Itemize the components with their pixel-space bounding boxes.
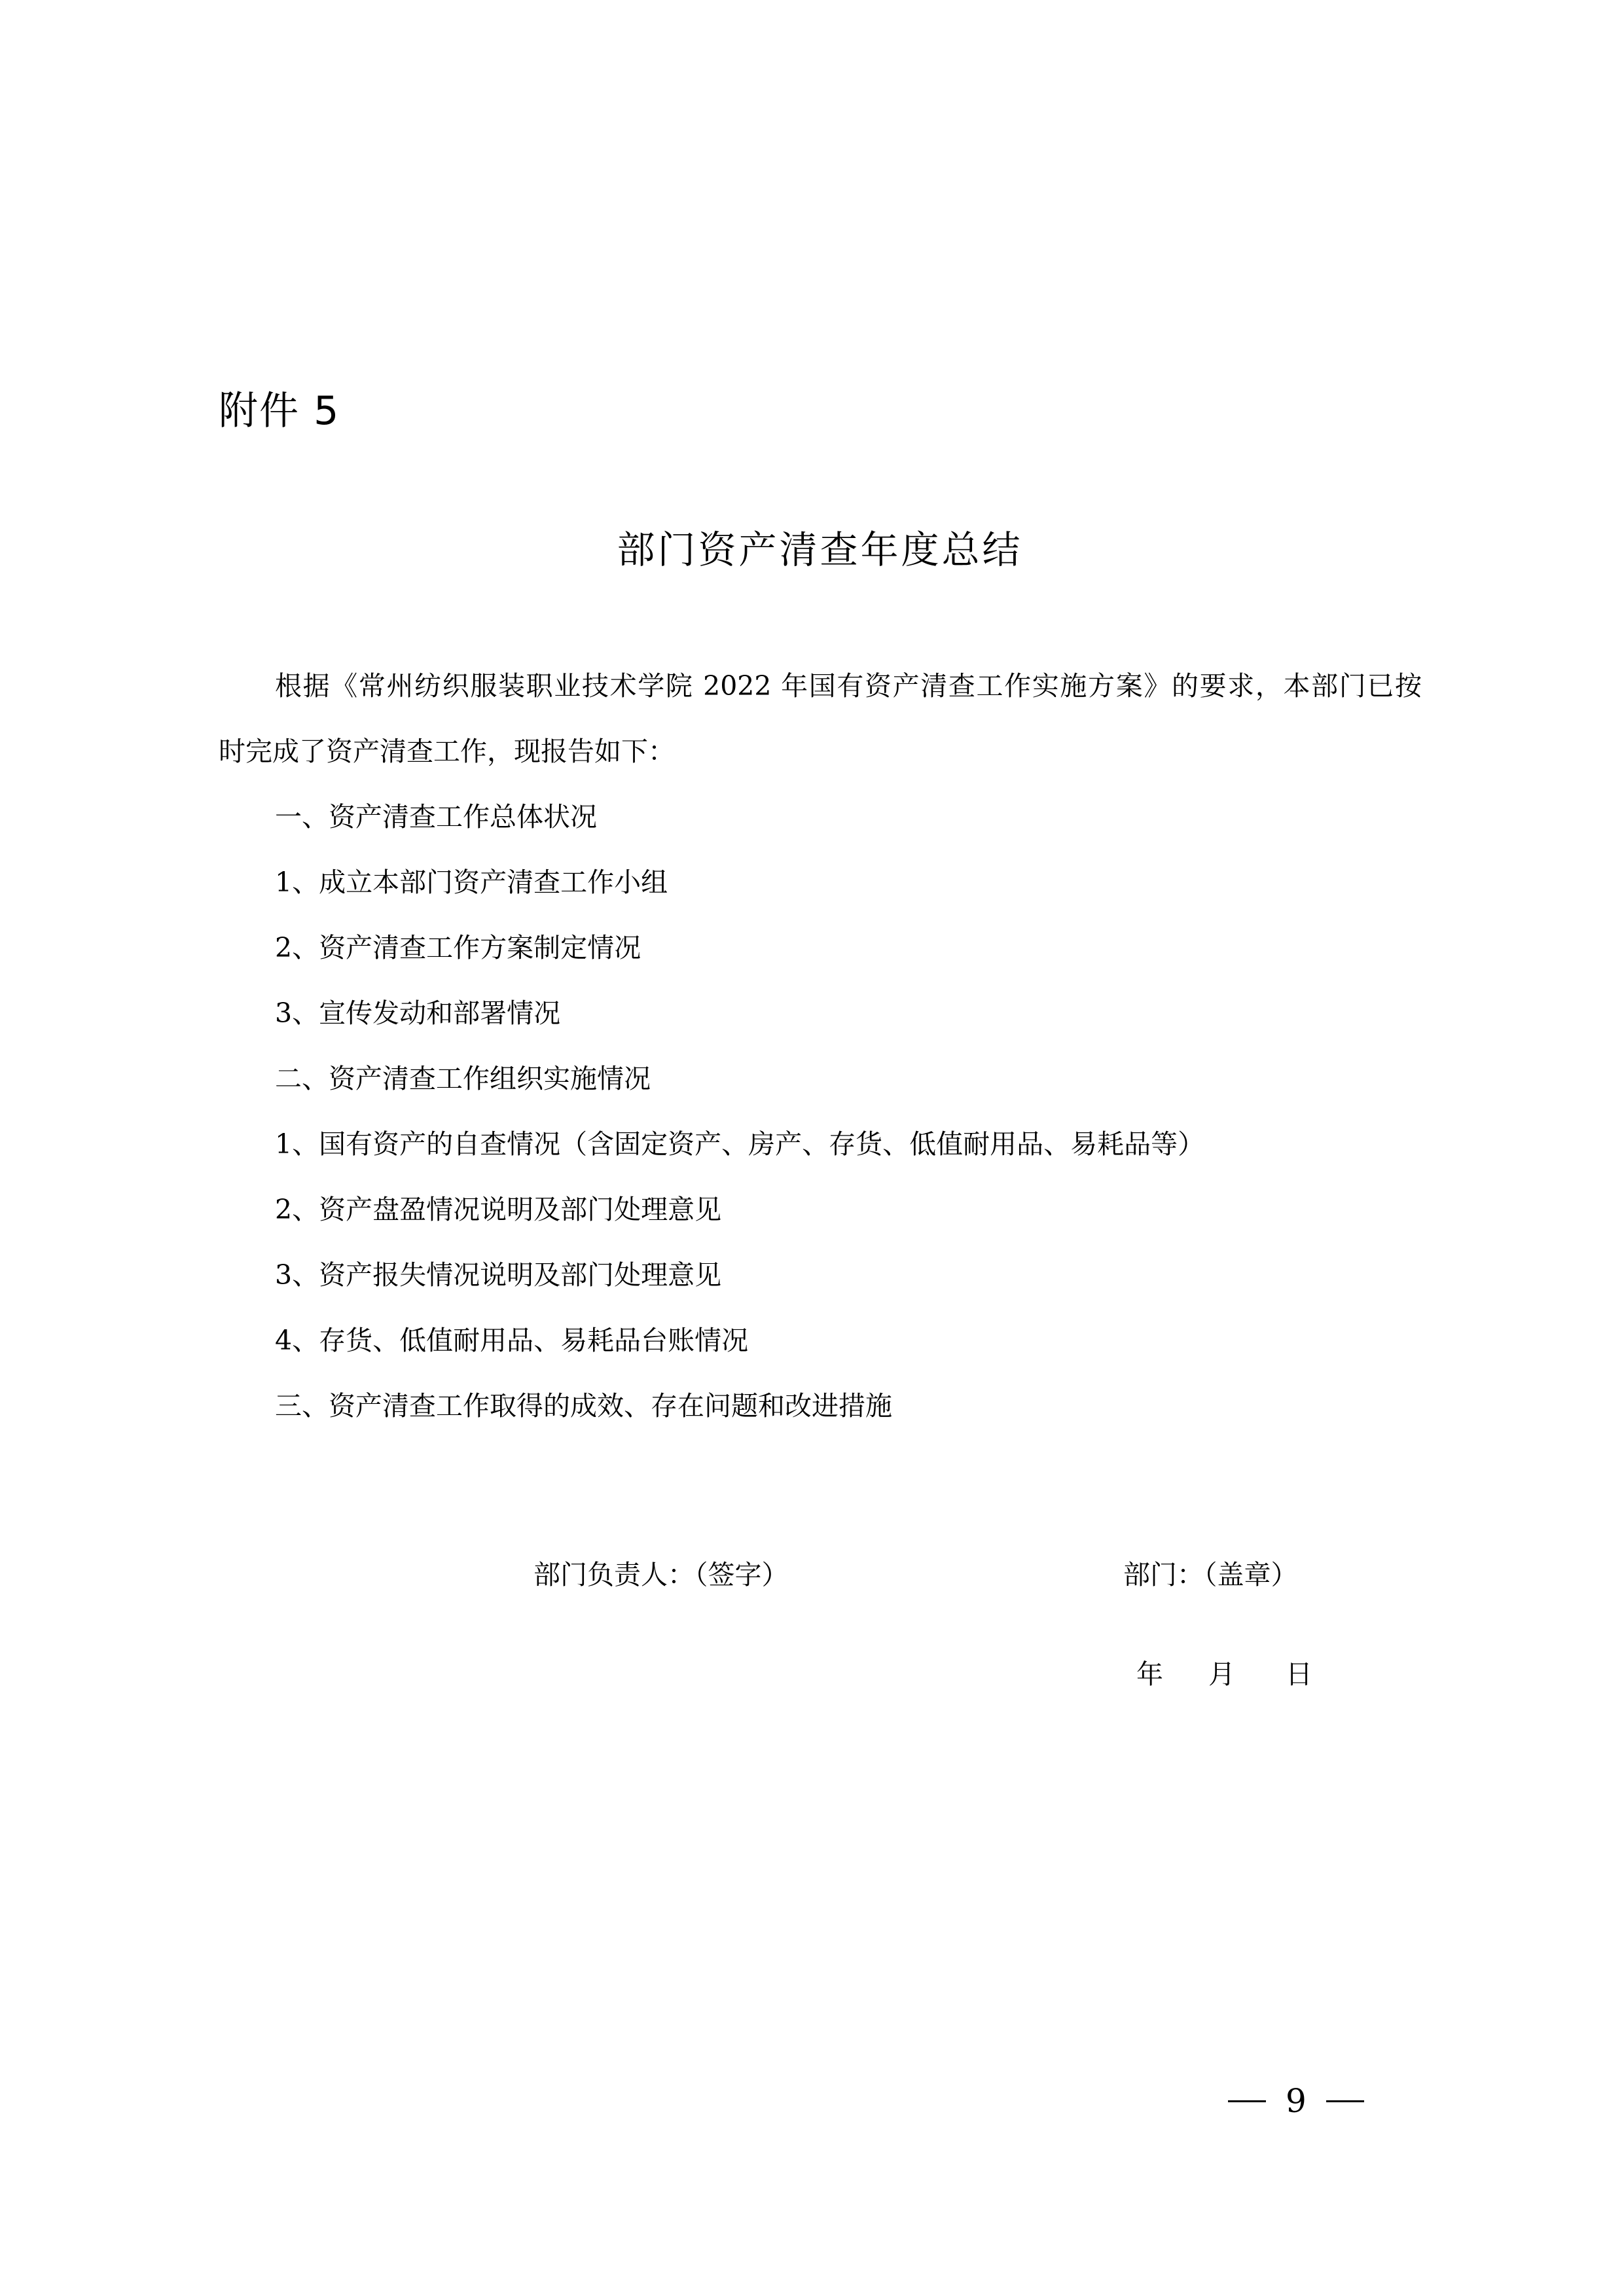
date-day-label: 日 bbox=[1286, 1656, 1312, 1693]
date-year-label: 年 bbox=[1136, 1656, 1208, 1693]
outline-section-1: 一、资产清查工作总体状况 bbox=[275, 798, 597, 835]
responsible-person-signature-field: 部门负责人：（签字） bbox=[533, 1556, 789, 1593]
outline-section-3: 三、资产清查工作取得的成效、存在问题和改进措施 bbox=[275, 1388, 892, 1424]
outline-item-2-3: 3、资产报失情况说明及部门处理意见 bbox=[275, 1257, 721, 1293]
intro-paragraph-line-2: 时完成了资产清查工作，现报告如下： bbox=[219, 733, 675, 770]
document-page: 附件 5 部门资产清查年度总结 根据《常州纺织服装职业技术学院 2022 年国有… bbox=[0, 0, 1624, 2296]
page-number-dash-left bbox=[1228, 2100, 1266, 2102]
page-number-dash-right bbox=[1326, 2100, 1364, 2102]
page-number-value: 9 bbox=[1286, 2081, 1307, 2121]
date-field: 年 月 日 bbox=[1136, 1656, 1312, 1693]
page-number: 9 bbox=[1228, 2081, 1364, 2121]
outline-item-1-2: 2、资产清查工作方案制定情况 bbox=[275, 929, 641, 966]
attachment-label: 附件 5 bbox=[219, 387, 340, 435]
outline-item-2-4: 4、存货、低值耐用品、易耗品台账情况 bbox=[275, 1322, 748, 1359]
outline-section-2: 二、资产清查工作组织实施情况 bbox=[275, 1060, 651, 1097]
department-seal-field: 部门：（盖章） bbox=[1123, 1556, 1298, 1593]
outline-item-1-1: 1、成立本部门资产清查工作小组 bbox=[275, 864, 668, 901]
document-title: 部门资产清查年度总结 bbox=[0, 524, 1624, 576]
outline-item-2-1: 1、国有资产的自查情况（含固定资产、房产、存货、低值耐用品、易耗品等） bbox=[275, 1126, 1204, 1162]
outline-item-1-3: 3、宣传发动和部署情况 bbox=[275, 995, 560, 1031]
intro-paragraph-line-1: 根据《常州纺织服装职业技术学院 2022 年国有资产清查工作实施方案》的要求，本… bbox=[275, 668, 1422, 704]
outline-item-2-2: 2、资产盘盈情况说明及部门处理意见 bbox=[275, 1191, 721, 1228]
date-month-label: 月 bbox=[1208, 1656, 1286, 1693]
